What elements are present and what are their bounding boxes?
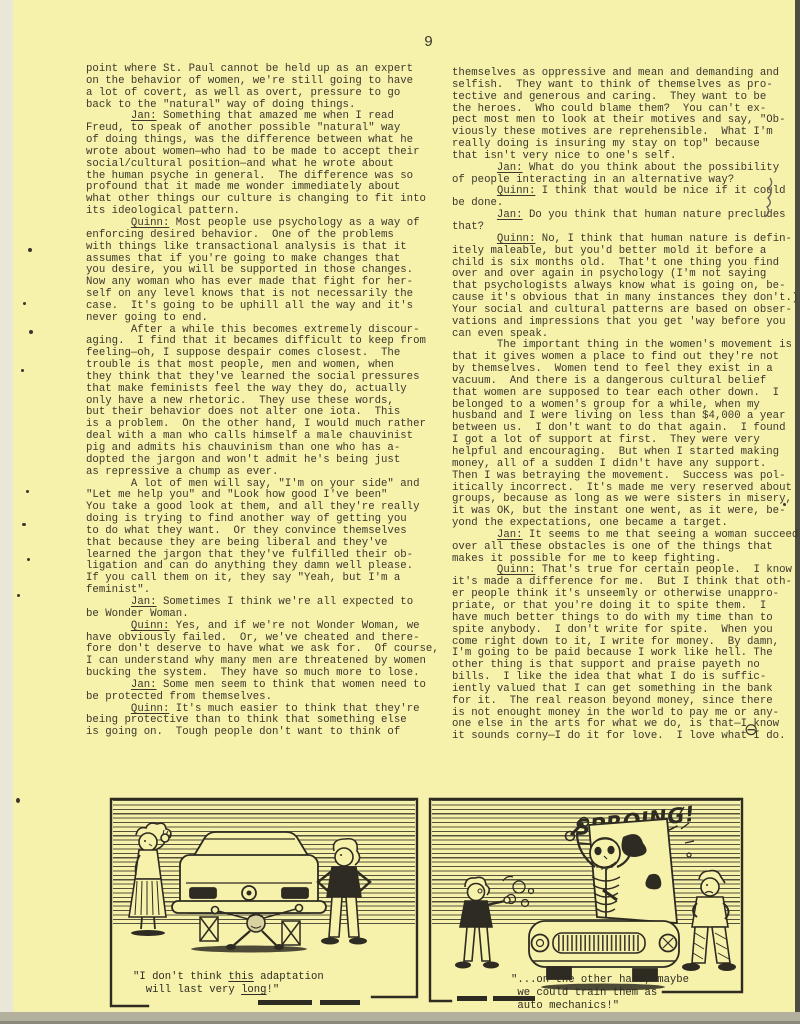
man-figure: [682, 871, 736, 971]
car-front: [529, 921, 679, 981]
scan-speck: [28, 248, 32, 252]
end-of-article-mark: ⊖: [744, 720, 756, 740]
border-dash: [457, 996, 487, 1001]
scan-speck: [21, 369, 24, 372]
handwritten-margin-annotation: [763, 176, 777, 222]
cartoon-strip: SPROING!: [100, 790, 750, 1022]
woman-figure: [129, 823, 171, 936]
scan-speck: [16, 798, 20, 803]
article-right-column: themselves as oppressive and mean and de…: [452, 68, 798, 743]
page-number: 9: [424, 34, 433, 51]
scan-speck: [783, 503, 786, 506]
scan-speck: [29, 330, 33, 334]
scan-speck: [22, 523, 26, 526]
car-rear: [172, 832, 326, 913]
border-dash: [258, 1000, 312, 1005]
scan-speck: [26, 490, 29, 493]
panel-1-caption: "I don't think this adaptation will last…: [133, 971, 324, 997]
panel-2-caption: "...on the other hand, maybe we could tr…: [511, 974, 689, 1013]
scan-speck: [27, 558, 30, 561]
woman-figure: [455, 877, 510, 968]
scanned-page: 9 point where St. Paul cannot be held up…: [0, 0, 800, 1024]
article-left-column: point where St. Paul cannot be held up a…: [86, 64, 439, 739]
border-dash: [320, 1000, 360, 1005]
scan-speck: [23, 302, 26, 305]
scan-speck: [17, 594, 20, 597]
scan-edge-left: [0, 0, 13, 1012]
onlooker-figure: [318, 839, 370, 945]
